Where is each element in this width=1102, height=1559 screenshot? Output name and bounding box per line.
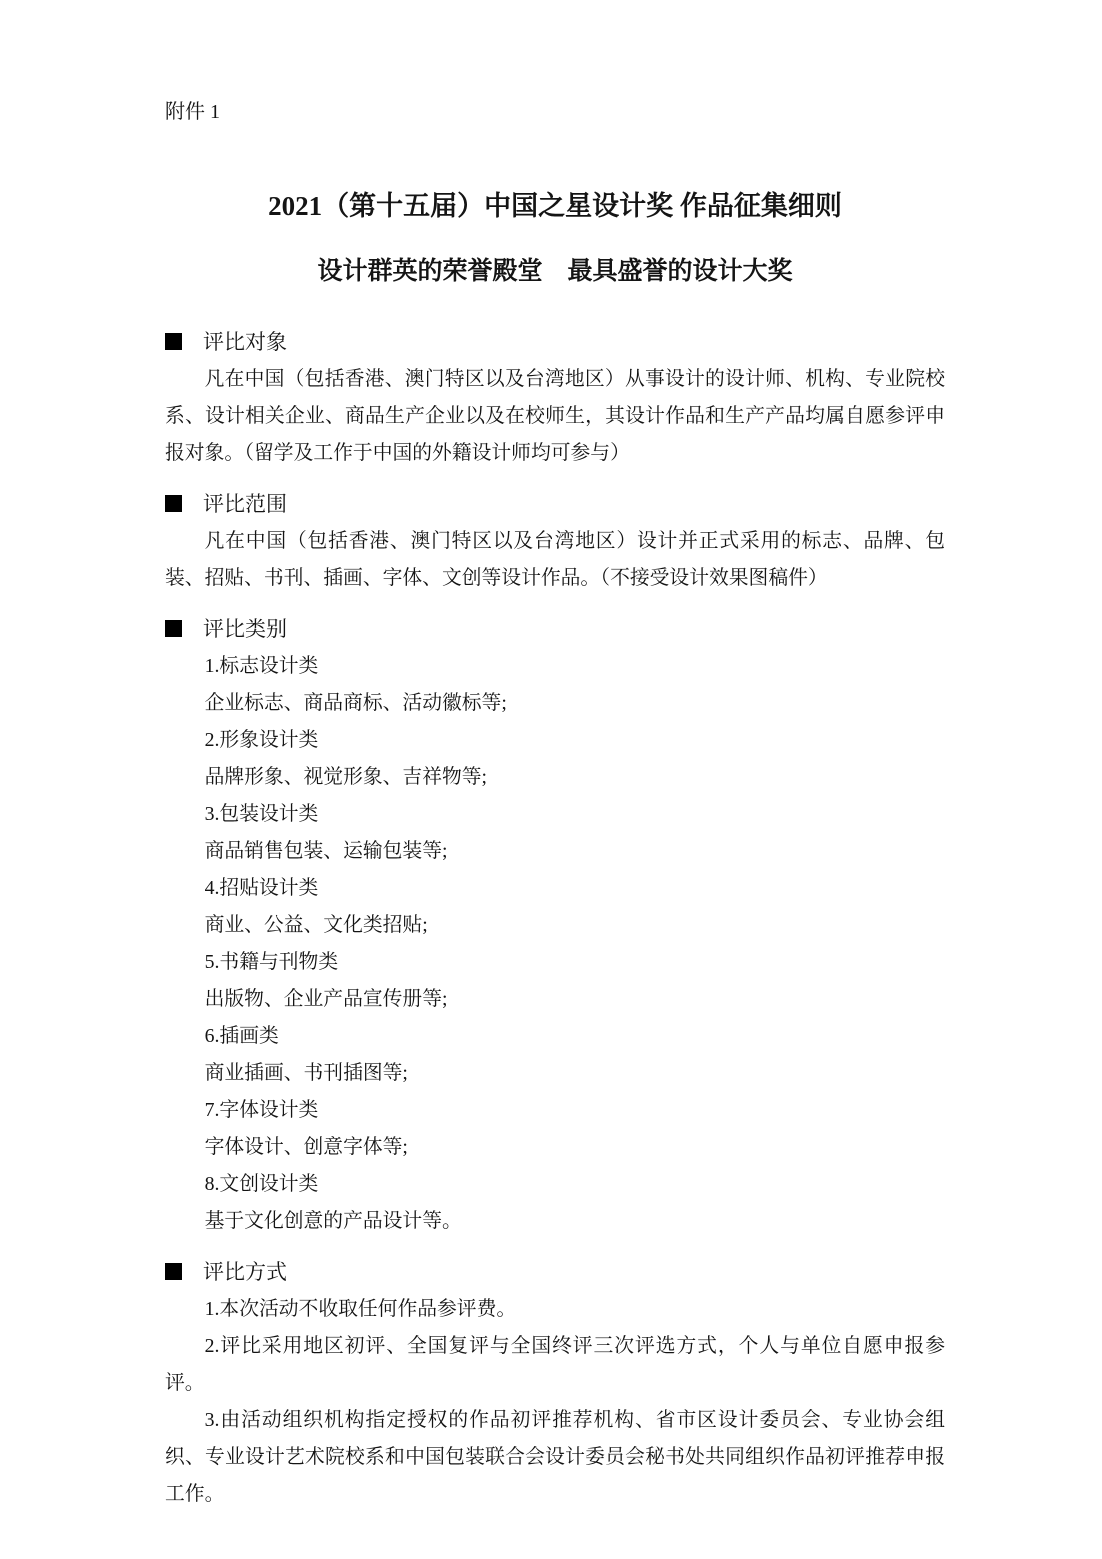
page-title: 2021（第十五届）中国之星设计奖 作品征集细则 <box>165 186 945 226</box>
category-description: 出版物、企业产品宣传册等; <box>165 981 945 1018</box>
paragraph: 2.评比采用地区初评、全国复评与全国终评三次评选方式，个人与单位自愿申报参评。 <box>165 1328 945 1402</box>
category-description: 品牌形象、视觉形象、吉祥物等; <box>165 759 945 796</box>
section-heading: 评比对象 <box>165 324 945 361</box>
category-label: 4.招贴设计类 <box>165 870 945 907</box>
paragraph: 3.由活动组织机构指定授权的作品初评推荐机构、省市区设计委员会、专业协会组织、专… <box>165 1402 945 1513</box>
category-description: 商业、公益、文化类招贴; <box>165 907 945 944</box>
category-description: 字体设计、创意字体等; <box>165 1129 945 1166</box>
square-bullet-icon <box>165 495 182 512</box>
category-label: 3.包装设计类 <box>165 796 945 833</box>
section-heading: 评比类别 <box>165 611 945 648</box>
category-description: 基于文化创意的产品设计等。 <box>165 1203 945 1240</box>
paragraph: 凡在中国（包括香港、澳门特区以及台湾地区）设计并正式采用的标志、品牌、包装、招贴… <box>165 523 945 597</box>
section-heading-label: 评比范围 <box>203 492 287 516</box>
section-evaluation-method: 评比方式 1.本次活动不收取任何作品参评费。 2.评比采用地区初评、全国复评与全… <box>165 1254 945 1513</box>
page-subtitle: 设计群英的荣誉殿堂 最具盛誉的设计大奖 <box>165 254 945 290</box>
section-heading: 评比范围 <box>165 486 945 523</box>
category-label: 1.标志设计类 <box>165 648 945 685</box>
document-page: 附件 1 2021（第十五届）中国之星设计奖 作品征集细则 设计群英的荣誉殿堂 … <box>0 0 1102 1559</box>
category-label: 8.文创设计类 <box>165 1166 945 1203</box>
section-evaluation-scope: 评比范围 凡在中国（包括香港、澳门特区以及台湾地区）设计并正式采用的标志、品牌、… <box>165 486 945 597</box>
category-label: 5.书籍与刊物类 <box>165 944 945 981</box>
section-heading: 评比方式 <box>165 1254 945 1291</box>
attachment-label: 附件 1 <box>165 96 945 128</box>
paragraph: 凡在中国（包括香港、澳门特区以及台湾地区）从事设计的设计师、机构、专业院校系、设… <box>165 361 945 472</box>
category-label: 6.插画类 <box>165 1018 945 1055</box>
square-bullet-icon <box>165 1263 182 1280</box>
section-evaluation-targets: 评比对象 凡在中国（包括香港、澳门特区以及台湾地区）从事设计的设计师、机构、专业… <box>165 324 945 472</box>
paragraph: 1.本次活动不收取任何作品参评费。 <box>165 1291 945 1328</box>
category-label: 2.形象设计类 <box>165 722 945 759</box>
square-bullet-icon <box>165 333 182 350</box>
section-evaluation-categories: 评比类别 1.标志设计类 企业标志、商品商标、活动徽标等; 2.形象设计类 品牌… <box>165 611 945 1240</box>
square-bullet-icon <box>165 620 182 637</box>
category-description: 商品销售包装、运输包装等; <box>165 833 945 870</box>
section-heading-label: 评比方式 <box>203 1260 287 1284</box>
category-description: 商业插画、书刊插图等; <box>165 1055 945 1092</box>
section-heading-label: 评比类别 <box>203 617 287 641</box>
section-heading-label: 评比对象 <box>203 330 287 354</box>
category-label: 7.字体设计类 <box>165 1092 945 1129</box>
category-description: 企业标志、商品商标、活动徽标等; <box>165 685 945 722</box>
